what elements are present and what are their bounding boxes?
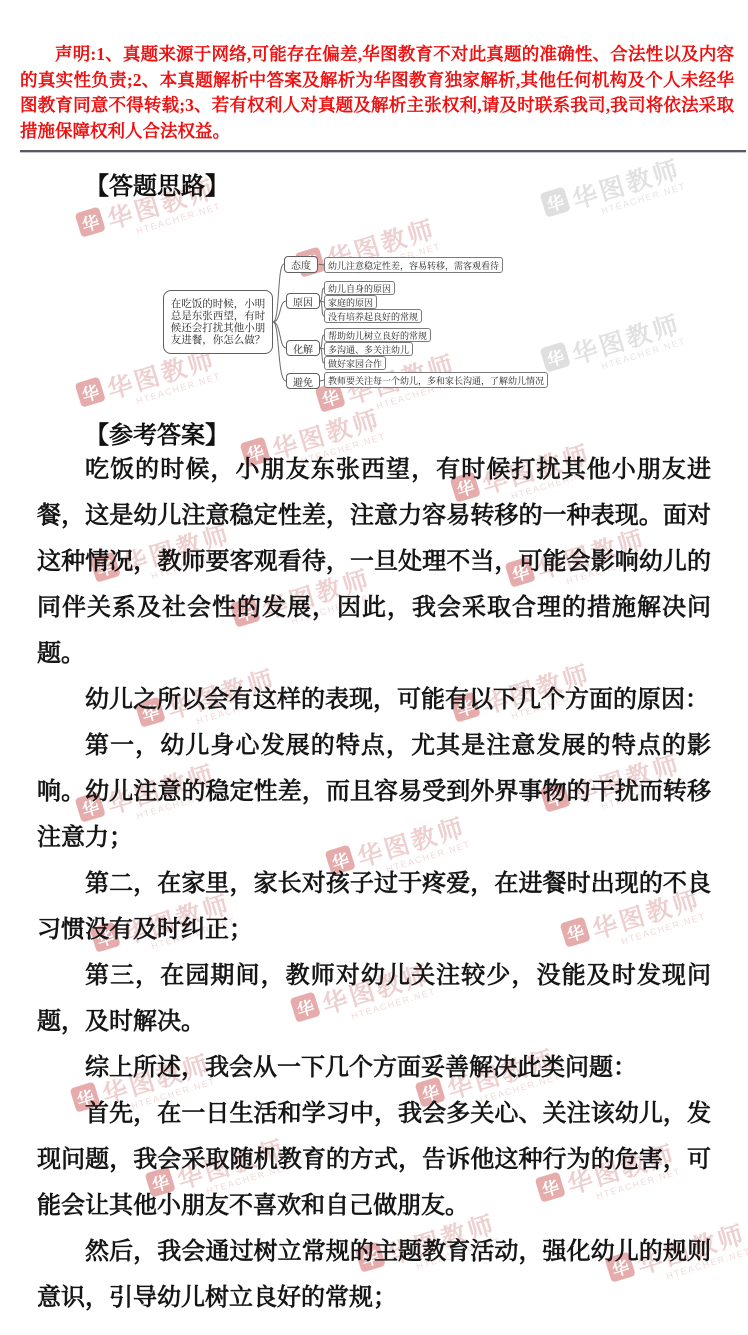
disclaimer-text: 1、真题来源于网络,可能存在偏差,华图教育不对此真题的准确性、合法性以及内容的真… <box>20 44 734 141</box>
disclaimer-prefix: 声明: <box>55 44 96 64</box>
answer-paragraph: 幼儿之所以会有这样的表现，可能有以下几个方面的原因： <box>37 677 711 723</box>
mindmap-root-node: 在吃饭的时候，小明总是东张西望，有时候还会打扰其他小朋友进餐，你怎么做？ <box>163 290 273 354</box>
divider <box>20 150 746 153</box>
mindmap-branch-attitude: 态度 <box>284 256 318 273</box>
mindmap-leaf: 做好家园合作 <box>324 356 386 370</box>
mindmap-leaf: 没有培养起良好的常规 <box>324 309 422 323</box>
mindmap-branch-resolve: 化解 <box>286 340 320 356</box>
mindmap-leaf: 教师要关注每一个幼儿，多和家长沟通，了解幼儿情况 <box>324 372 548 388</box>
mindmap-branch-cause: 原因 <box>286 293 320 309</box>
section-title-answer-thinking: 【答题思路】 <box>37 166 711 201</box>
answer-paragraph: 第一，幼儿身心发展的特点，尤其是注意发展的特点的影响。幼儿注意的稳定性差，而且容… <box>37 723 711 861</box>
answer-body: 吃饭的时候，小朋友东张西望，有时候打扰其他小朋友进餐，这是幼儿注意稳定性差，注意… <box>37 447 711 1321</box>
answer-paragraph: 第二，在家里，家长对孩子过于疼爱，在进餐时出现的不良习惯没有及时纠正； <box>37 861 711 953</box>
document-page: 华华图教师HTEACHER.NET华华图教师HTEACHER.NET华华图教师H… <box>0 0 748 1335</box>
disclaimer: 声明:1、真题来源于网络,可能存在偏差,华图教育不对此真题的准确性、合法性以及内… <box>20 42 734 144</box>
section-title-reference-answer: 【参考答案】 <box>37 415 711 450</box>
answer-paragraph: 第三，在园期间，教师对幼儿关注较少，没能及时发现问题，及时解决。 <box>37 953 711 1045</box>
mindmap-leaf: 多沟通、多关注幼儿 <box>324 342 413 356</box>
mindmap-leaf: 家庭的原因 <box>324 295 377 309</box>
answer-paragraph: 综上所述，我会从一下几个方面妥善解决此类问题： <box>37 1045 711 1091</box>
answer-paragraph: 首先，在一日生活和学习中，我会多关心、关注该幼儿，发现问题，我会采取随机教育的方… <box>37 1091 711 1229</box>
answer-paragraph: 吃饭的时候，小朋友东张西望，有时候打扰其他小朋友进餐，这是幼儿注意稳定性差，注意… <box>37 447 711 677</box>
mindmap-leaf: 帮助幼儿树立良好的常规 <box>324 328 431 342</box>
mindmap-leaf: 幼儿自身的原因 <box>324 281 395 295</box>
mindmap-branch-avoid: 避免 <box>286 373 320 389</box>
mindmap-leaf: 幼儿注意稳定性差，容易转移，需客观看待 <box>324 257 503 273</box>
mindmap-diagram: 在吃饭的时候，小明总是东张西望，有时候还会打扰其他小朋友进餐，你怎么做？ 态度 … <box>0 248 748 408</box>
answer-paragraph: 然后，我会通过树立常规的主题教育活动，强化幼儿的规则意识，引导幼儿树立良好的常规… <box>37 1229 711 1321</box>
